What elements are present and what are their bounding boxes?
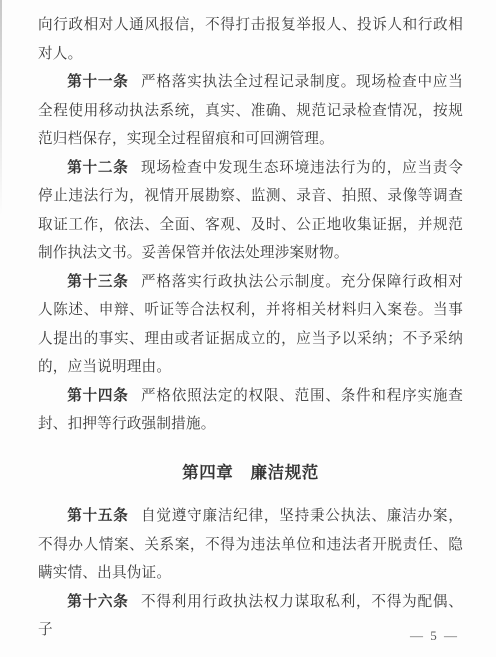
paragraph: 第十一条严格落实执法全过程记录制度。现场检查中应当全程使用移动执法系统，真实、准… — [38, 68, 463, 154]
article-number: 第十五条 — [67, 508, 128, 524]
article-number: 第十二条 — [67, 160, 128, 176]
page-number: — 5 — — [410, 628, 459, 644]
paragraph: 第十三条严格落实行政执法公示制度。充分保障行政相对人陈述、申辩、听证等合法权利，… — [38, 268, 463, 382]
article-number: 第十六条 — [67, 594, 128, 610]
paragraph: 第十五条自觉遵守廉洁纪律，坚持秉公执法、廉洁办案，不得办人情案、关系案，不得为违… — [38, 502, 463, 588]
scan-edge-shade — [0, 0, 2, 215]
paragraph: 第十六条不得利用行政执法权力谋取私利，不得为配偶、子 — [38, 588, 463, 645]
document-page: 向行政相对人通风报信，不得打击报复举报人、投诉人和行政相对人。第十一条严格落实执… — [0, 0, 496, 657]
paragraph: 第十四条严格依照法定的权限、范围、条件和程序实施查封、扣押等行政强制措施。 — [38, 382, 463, 439]
article-number: 第十三条 — [67, 274, 128, 290]
paragraph: 第十二条现场检查中发现生态环境违法行为的，应当责令停止违法行为，视情开展勘察、监… — [38, 154, 463, 268]
article-number: 第十一条 — [67, 74, 128, 90]
article-number: 第十四条 — [67, 388, 128, 404]
document-body: 向行政相对人通风报信，不得打击报复举报人、投诉人和行政相对人。第十一条严格落实执… — [38, 11, 463, 645]
paragraph: 向行政相对人通风报信，不得打击报复举报人、投诉人和行政相对人。 — [38, 11, 463, 68]
chapter-heading: 第四章 廉洁规范 — [38, 459, 463, 488]
